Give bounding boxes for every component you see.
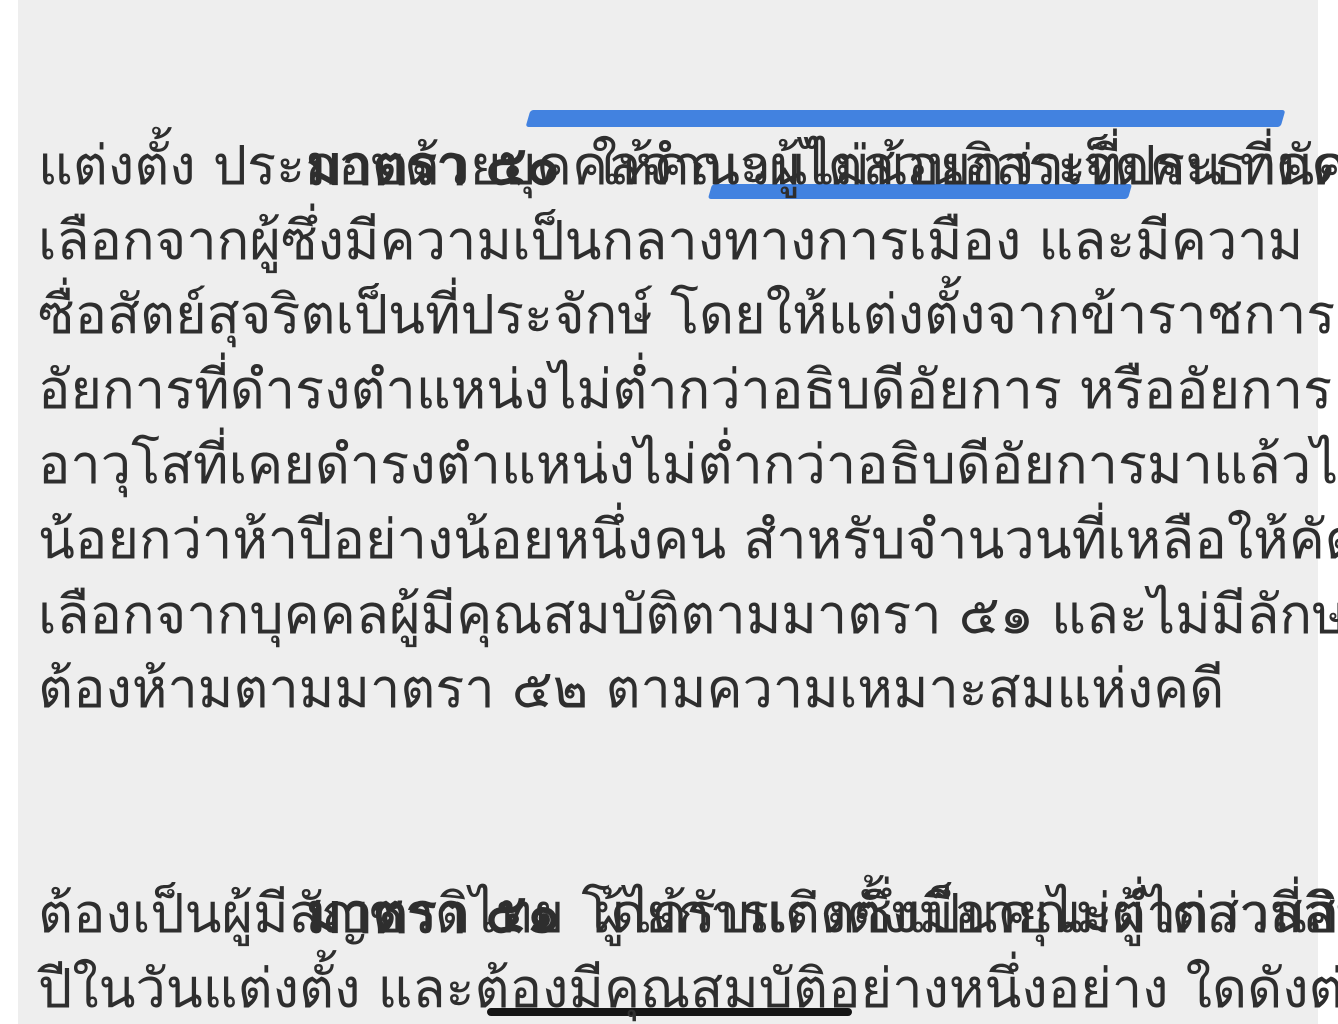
section-50-line-3: เลือกจากผู้ซึ่งมีความเป็นกลางทางการเมือง…	[38, 204, 1308, 279]
section-51-line-3: ปีในวันแต่งตั้ง และต้องมีคุณสมบัติอย่างห…	[38, 952, 1308, 1024]
section-50-line-5: อัยการที่ดำรงตำแหน่งไม่ต่ำกว่าอธิบดีอัยก…	[38, 353, 1308, 428]
section-50-line-4: ซื่อสัตย์สุจริตเป็นที่ประจักษ์ โดยให้แต่…	[38, 278, 1308, 353]
section-50-line-7: น้อยกว่าห้าปีอย่างน้อยหนึ่งคน สำหรับจำนว…	[38, 503, 1308, 578]
section-51-first-line: มาตรา ๕๑ผู้ได้รับแต่งตั้งเป็นคณะผู้ไต่สว…	[38, 802, 1308, 877]
screenshot-root: { "page": { "background_color": "#eeeeee…	[0, 0, 1338, 1024]
section-50-line-8: เลือกจากบุคคลผู้มีคุณสมบัติตามมาตรา ๕๑ แ…	[38, 578, 1308, 653]
section-50-line-2: แต่งตั้ง ประกอบด้วยบุคคลจำนวนไม่น้อยกว่า…	[38, 129, 1308, 204]
section-51-line-2: ต้องเป็นผู้มีสัญชาติไทย โดยการเกิดซึ่งมี…	[38, 877, 1308, 952]
document-text: มาตรา ๕๐ให้คณะผู้ไต่สวนอิสระที่ประธานศาล…	[38, 54, 1308, 1024]
section-50-line-6: อาวุโสที่เคยดำรงตำแหน่งไม่ต่ำกว่าอธิบดีอ…	[38, 428, 1308, 503]
section-50-first-line: มาตรา ๕๐ให้คณะผู้ไต่สวนอิสระที่ประธานศาล…	[38, 54, 1308, 129]
section-50-line-9: ต้องห้ามตามมาตรา ๕๒ ตามความเหมาะสมแห่งคด…	[38, 652, 1308, 727]
